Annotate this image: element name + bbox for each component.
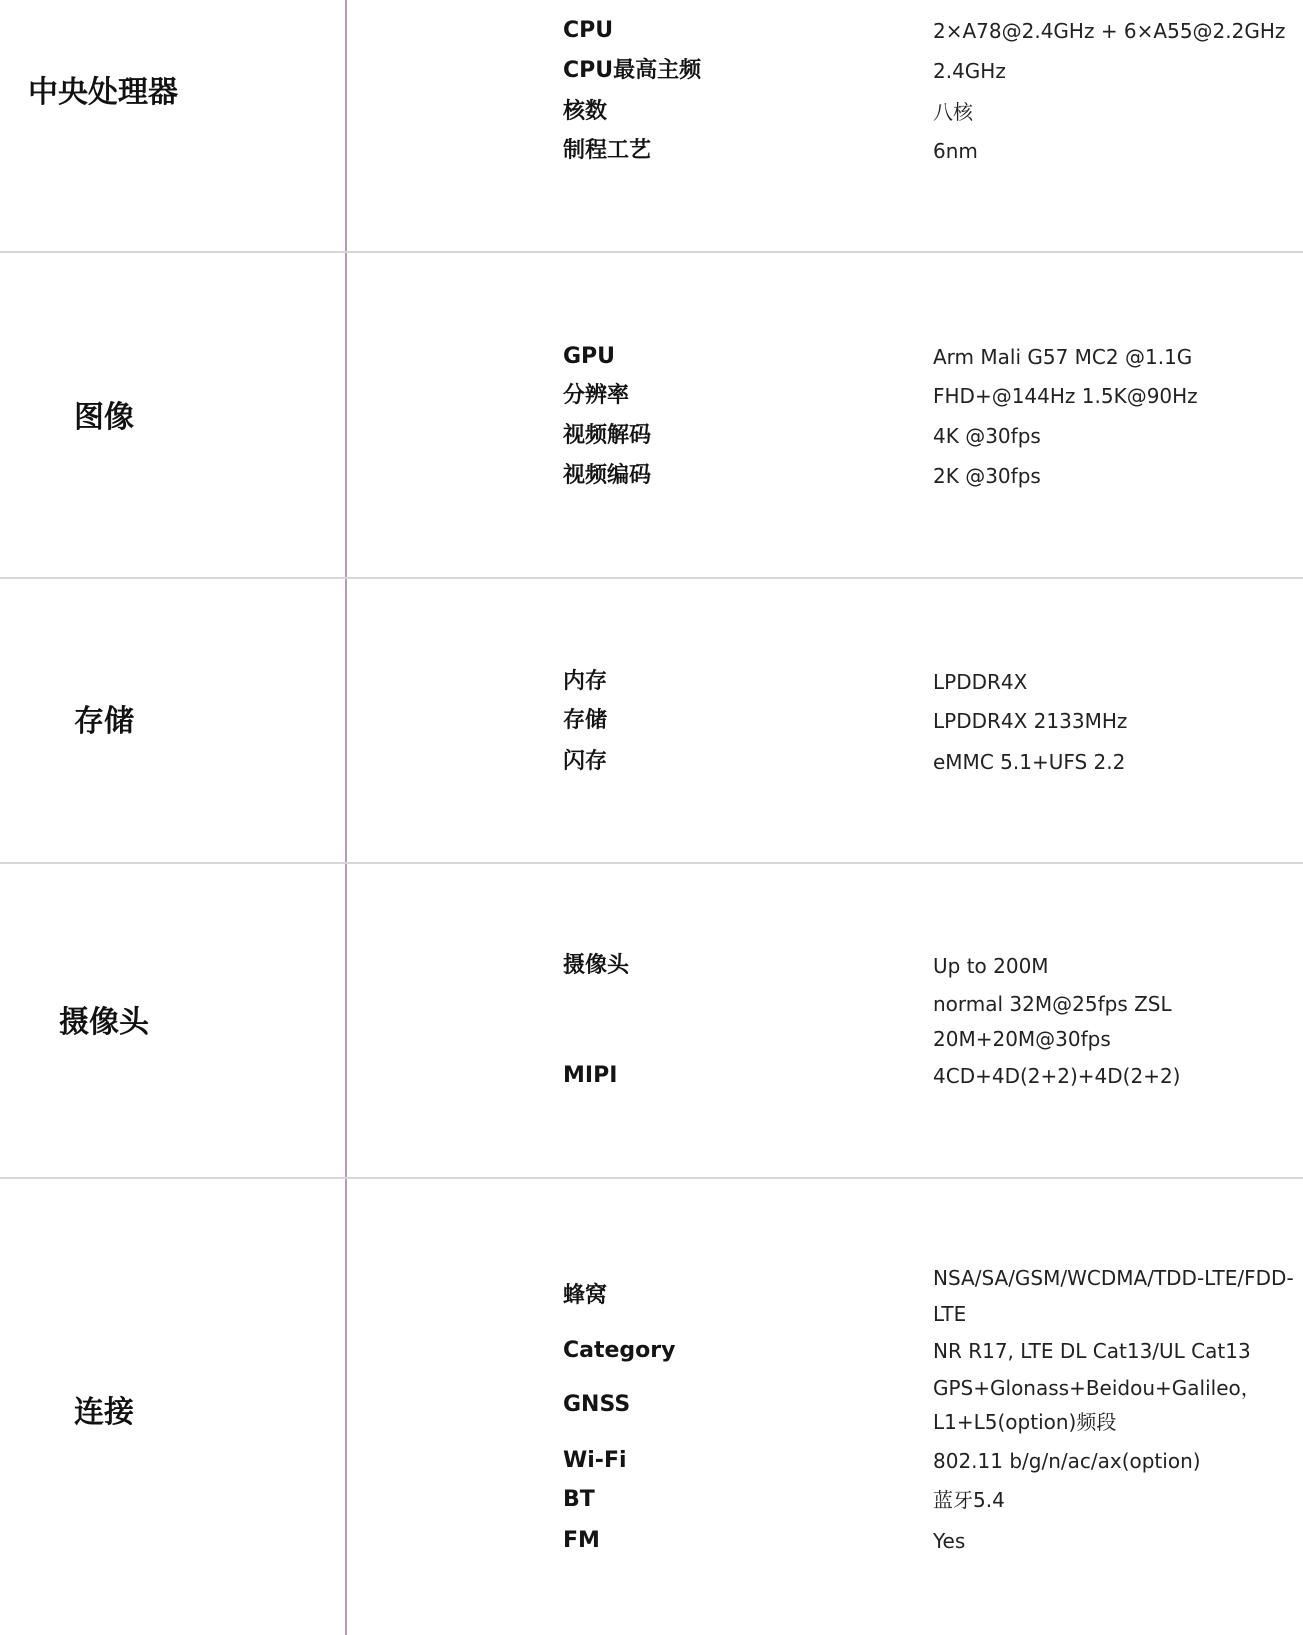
spec-value: 2×A78@2.4GHz + 6×A55@2.2GHz <box>933 17 1285 45</box>
spec-label: BT <box>563 1486 595 1514</box>
spec-label: 存储 <box>563 707 607 735</box>
spec-value: NSA/SA/GSM/WCDMA/TDD-LTE/FDD- <box>933 1264 1294 1292</box>
spec-label: 视频解码 <box>563 422 651 450</box>
category-label: 中央处理器 <box>28 76 178 110</box>
spec-value: 4K @30fps <box>933 422 1041 450</box>
spec-value: 2K @30fps <box>933 462 1041 490</box>
row-divider <box>0 577 1303 579</box>
spec-value: LPDDR4X 2133MHz <box>933 707 1127 735</box>
spec-label: GNSS <box>563 1391 630 1419</box>
spec-value: LPDDR4X <box>933 668 1027 696</box>
spec-value: 2.4GHz <box>933 57 1006 85</box>
spec-value: Up to 200M <box>933 952 1049 980</box>
spec-label: MIPI <box>563 1062 617 1090</box>
spec-value: L1+L5(option)频段 <box>933 1408 1116 1436</box>
row-divider <box>0 862 1303 864</box>
spec-label: 摄像头 <box>563 952 629 980</box>
spec-label: 闪存 <box>563 748 607 776</box>
spec-label: 制程工艺 <box>563 137 651 165</box>
row-divider <box>0 1177 1303 1179</box>
spec-label: GPU <box>563 343 615 371</box>
spec-label: FM <box>563 1527 600 1555</box>
spec-label: 视频编码 <box>563 462 651 490</box>
category-label: 摄像头 <box>59 1006 149 1040</box>
spec-label: 分辨率 <box>563 382 629 410</box>
spec-label: 内存 <box>563 668 607 696</box>
spec-label: Wi-Fi <box>563 1447 627 1475</box>
spec-label: 蜂窝 <box>563 1282 607 1310</box>
spec-value: NR R17, LTE DL Cat13/UL Cat13 <box>933 1337 1251 1365</box>
spec-value: 6nm <box>933 137 978 165</box>
spec-label: 核数 <box>563 98 607 126</box>
spec-value: Yes <box>933 1527 965 1555</box>
spec-value: Arm Mali G57 MC2 @1.1G <box>933 343 1192 371</box>
spec-value: eMMC 5.1+UFS 2.2 <box>933 748 1125 776</box>
spec-value: LTE <box>933 1300 966 1328</box>
spec-value: 4CD+4D(2+2)+4D(2+2) <box>933 1062 1180 1090</box>
row-divider <box>0 251 1303 253</box>
spec-value: 八核 <box>933 98 973 126</box>
spec-value: 802.11 b/g/n/ac/ax(option) <box>933 1447 1201 1475</box>
spec-value: FHD+@144Hz 1.5K@90Hz <box>933 382 1198 410</box>
spec-label: CPU <box>563 17 613 45</box>
spec-value: 蓝牙5.4 <box>933 1486 1005 1514</box>
column-divider <box>345 0 347 1635</box>
spec-label: CPU最高主频 <box>563 57 701 85</box>
spec-value: normal 32M@25fps ZSL <box>933 990 1172 1018</box>
category-label: 图像 <box>74 401 134 435</box>
spec-value: 20M+20M@30fps <box>933 1025 1111 1053</box>
spec-label: Category <box>563 1337 675 1365</box>
category-label: 连接 <box>74 1396 134 1430</box>
spec-value: GPS+Glonass+Beidou+Galileo， <box>933 1374 1261 1402</box>
category-label: 存储 <box>74 705 134 739</box>
